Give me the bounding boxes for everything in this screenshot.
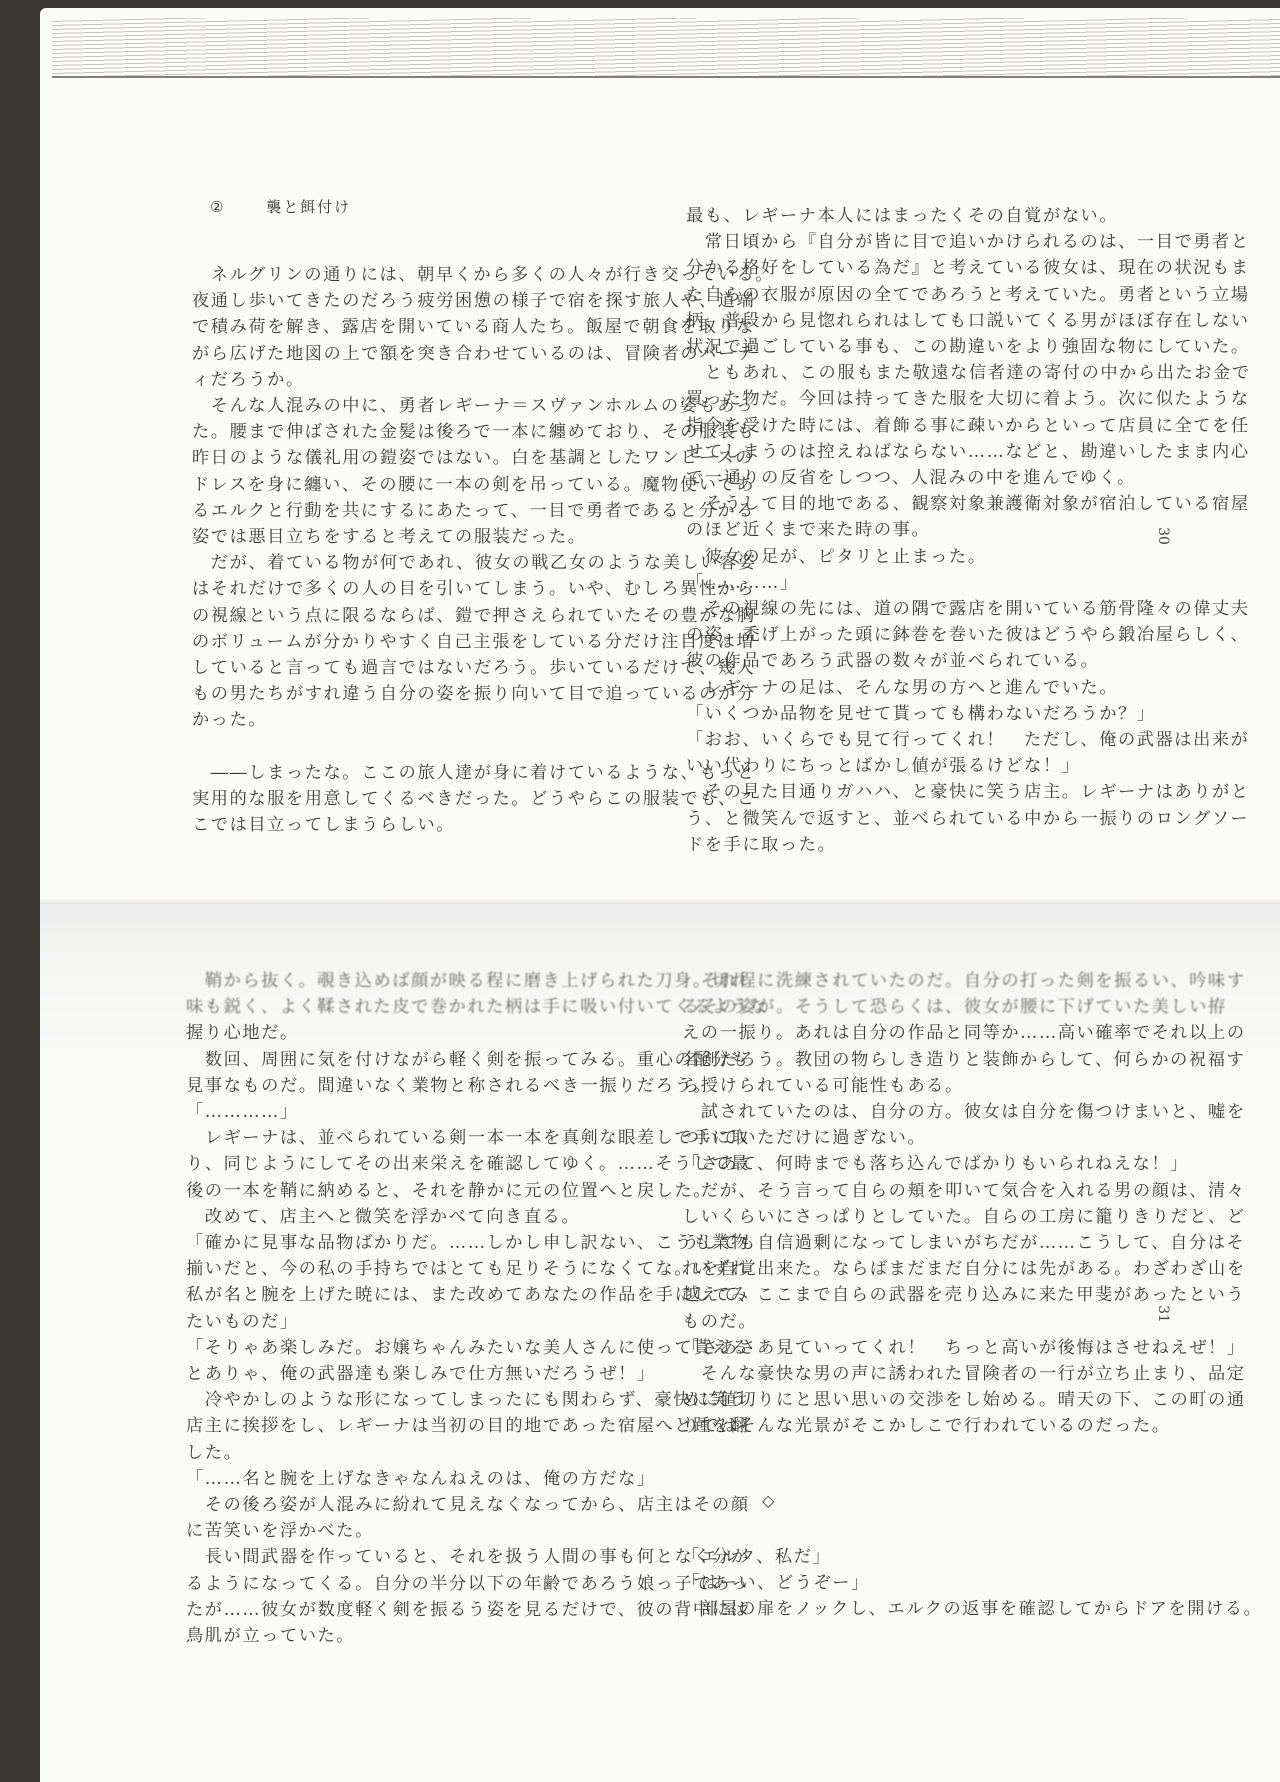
page-31-left-column: 鞘から抜く。覗き込めば顔が映る程に磨き上げられた刀身。切れ味も鋭く、よく鞣された… — [186, 968, 768, 1649]
text-line: 鳥肌が立っていた。 — [186, 1623, 768, 1649]
text-line: 「いくつか品物を見せて貰っても構わないだろうか？」 — [686, 701, 1251, 727]
text-line: りではそんな光景がそこかしこで行われているのだった。 — [682, 1413, 1262, 1439]
chapter-title: 襲と餌付け — [266, 198, 351, 216]
text-line: 後の一本を鞘に納めると、それを静かに元の位置へと戻した。 — [186, 1178, 768, 1204]
text-line: ドを手に取った。 — [686, 832, 1251, 858]
scene-break-diamond: ◇ — [762, 1488, 776, 1514]
text-line: それ程に洗練されていたのだ。自分の打った剣を振るい、吟味す — [682, 968, 1262, 994]
text-line: ともあれ、この服もまた敬遠な信者達の寄付の中から出たお金で — [686, 360, 1251, 386]
text-line: の姿。禿げ上がった頭に鉢巻を巻いた彼はどうやら鍛冶屋らしく、 — [686, 622, 1251, 648]
page-edges — [52, 18, 1280, 78]
text-line: 彼女の足が、ピタリと止まった。 — [686, 544, 1251, 570]
text-line: 「はーい、どうぞー」 — [682, 1570, 1262, 1596]
text-line: その見た目通りガハハ、と豪快に笑う店主。レギーナはありがと — [686, 779, 1251, 805]
text-line: うしても自信過剰になってしまいがちだが……こうして、自分はそ — [682, 1230, 1262, 1256]
text-line: えの一振り。あれは自分の作品と同等か……高い確率でそれ以上の — [682, 1020, 1262, 1046]
text-line: 「…………」 — [186, 1099, 768, 1125]
text-line: 最も、レギーナ本人にはまったくその自覚がない。 — [686, 203, 1251, 229]
text-line: 試されていたのは、自分の方。彼女は自分を傷つけまいと、嘘を — [682, 1099, 1262, 1125]
blank-line — [682, 1440, 1262, 1466]
text-line: そんな豪快な男の声に誘われた冒険者の一行が立ち止まり、品定 — [682, 1361, 1262, 1387]
text-line: レギーナの足は、そんな男の方へと進んでいた。 — [686, 675, 1251, 701]
text-line: した。 — [186, 1440, 768, 1466]
text-line: レギーナは、並べられている剣一本一本を真剣な眼差しで手に取 — [186, 1125, 768, 1151]
text-line: だが、そう言って自らの頬を叩いて気合を入れる男の顔は、清々 — [682, 1178, 1262, 1204]
text-line: 鞘から抜く。覗き込めば顔が映る程に磨き上げられた刀身。切れ — [186, 968, 768, 994]
chapter-number: ② — [210, 198, 225, 216]
chapter-heading: ② 襲と餌付け — [210, 196, 351, 217]
text-line: たいものだ」 — [186, 1309, 768, 1335]
text-line: ものだ。 — [682, 1309, 1262, 1335]
text-line: 部屋の扉をノックし、エルクの返事を確認してからドアを開ける。 — [682, 1596, 1262, 1622]
text-line: せてしまうのは控えねばならない……などと、勘違いしたまま内心 — [686, 439, 1251, 465]
text-line: 分かる格好をしている為だ』と考えている彼女は、現在の状況もま — [686, 255, 1251, 281]
blank-line — [682, 1518, 1262, 1544]
text-line: り、同じようにしてその出来栄えを確認してゆく。……そうして最 — [186, 1151, 768, 1177]
text-line: 「確かに見事な品物ばかりだ。……しかし申し訳ない、こうも業物 — [186, 1230, 768, 1256]
text-line: 柄、普段から見惚れられはしても口説いてくる男がほぼ存在しない — [686, 308, 1251, 334]
text-line: 彼の作品であろう武器の数々が並べられている。 — [686, 648, 1251, 674]
text-line: 「……名と腕を上げなきゃなんねえのは、俺の方だな」 — [186, 1466, 768, 1492]
text-line: 握り心地だ。 — [186, 1020, 768, 1046]
text-line: に苦笑いを浮かべた。 — [186, 1518, 768, 1544]
text-line: その視線の先には、道の隅で露店を開いている筋骨隆々の偉丈夫 — [686, 596, 1251, 622]
text-line: いい代わりにちっとばかし値が張るけどな！」 — [686, 753, 1251, 779]
text-line: 私が名と腕を上げた暁には、また改めてあなたの作品を手にしてみ — [186, 1282, 768, 1308]
text-line: その後ろ姿が人混みに紛れて見えなくなってから、店主はその顔 — [186, 1492, 768, 1518]
text-line: 数回、周囲に気を付けながら軽く剣を振ってみる。重心の配分も — [186, 1047, 768, 1073]
page-number-30: 30 — [1155, 527, 1171, 545]
text-line: るようになってくる。自分の半分以下の年齢であろう娘っ子であっ — [186, 1571, 768, 1597]
page-31-right-column: それ程に洗練されていたのだ。自分の打った剣を振るい、吟味するその姿が。そうして恐… — [682, 968, 1262, 1622]
text-line: う、と微笑んで返すと、並べられている中から一振りのロングソー — [686, 806, 1251, 832]
text-line: 改めて、店主へと微笑を浮かべて向き直る。 — [186, 1204, 768, 1230]
text-line: 越えて、ここまで自らの武器を売り込みに来た甲斐があったという — [682, 1282, 1262, 1308]
text-line: ついていただけに過ぎない。 — [682, 1125, 1262, 1151]
text-line: 「おお、いくらでも見て行ってくれ！ ただし、俺の武器は出来が — [686, 727, 1251, 753]
text-line: 揃いだと、今の私の手持ちではとても足りそうになくてな。いずれ — [186, 1256, 768, 1282]
text-line: ら授けられている可能性もある。 — [682, 1073, 1262, 1099]
text-line: めに値切りにと思い思いの交渉をし始める。晴天の下、この町の通 — [682, 1387, 1262, 1413]
text-line: で一通りの反省をしつつ、人混みの中を進んでゆく。 — [686, 465, 1251, 491]
text-line: るその姿が。そうして恐らくは、彼女が腰に下げていた美しい拵 — [682, 994, 1262, 1020]
text-line: 見事なものだ。間違いなく業物と称されるべき一振りだろう。 — [186, 1073, 768, 1099]
text-line: 冷やかしのような形になってしまったにも関わらず、豪快に笑う — [186, 1387, 768, 1413]
text-line: 味も鋭く、よく鞣された皮で巻かれた柄は手に吸い付いてくるような — [186, 994, 768, 1020]
text-line: 常日頃から『自分が皆に目で追いかけられるのは、一目で勇者と — [686, 229, 1251, 255]
text-line: 長い間武器を作っていると、それを扱う人間の事も何となく分か — [186, 1544, 768, 1570]
text-line: 名剣だろう。教団の物らしき造りと装飾からして、何らかの祝福す — [682, 1047, 1262, 1073]
text-line: しいくらいにさっぱりとしていた。自らの工房に籠りきりだと、ど — [682, 1204, 1262, 1230]
text-line: 「そりゃあ楽しみだ。お嬢ちゃんみたいな美人さんに使って貰える — [186, 1335, 768, 1361]
text-line: た自らの衣服が原因の全てであろうと考えていた。勇者という立場 — [686, 282, 1251, 308]
text-line: れを自覚出来た。ならばまだまだ自分には先がある。わざわざ山を — [682, 1256, 1262, 1282]
text-line: 「エルク、私だ」 — [682, 1544, 1262, 1570]
text-line: 指令を受けた時には、着飾る事に疎いからといって店員に全てを任 — [686, 413, 1251, 439]
text-line: とありゃ、俺の武器達も楽しみで仕方無いだろうぜ！」 — [186, 1361, 768, 1387]
text-line: 「さあさあ見ていってくれ！ ちっと高いが後悔はさせねえぜ！」 — [682, 1335, 1262, 1361]
page-number-31: 31 — [1155, 1305, 1171, 1323]
text-line: 「…………」 — [686, 570, 1251, 596]
text-line: 「さあて、何時までも落ち込んでばかりもいられねえな！」 — [682, 1151, 1262, 1177]
text-line: 店主に挨拶をし、レギーナは当初の目的地であった宿屋へと踵を翻 — [186, 1413, 768, 1439]
text-line: 買った物だ。今回は持ってきた服を大切に着よう。次に似たような — [686, 386, 1251, 412]
text-line: そうして目的地である、観察対象兼護衛対象が宿泊している宿屋 — [686, 491, 1251, 517]
text-line: 状況で過ごしている事も、この勘違いをより強固な物にしていた。 — [686, 334, 1251, 360]
text-line: たが……彼女が数度軽く剣を振るう姿を見るだけで、彼の背中には — [186, 1597, 768, 1623]
